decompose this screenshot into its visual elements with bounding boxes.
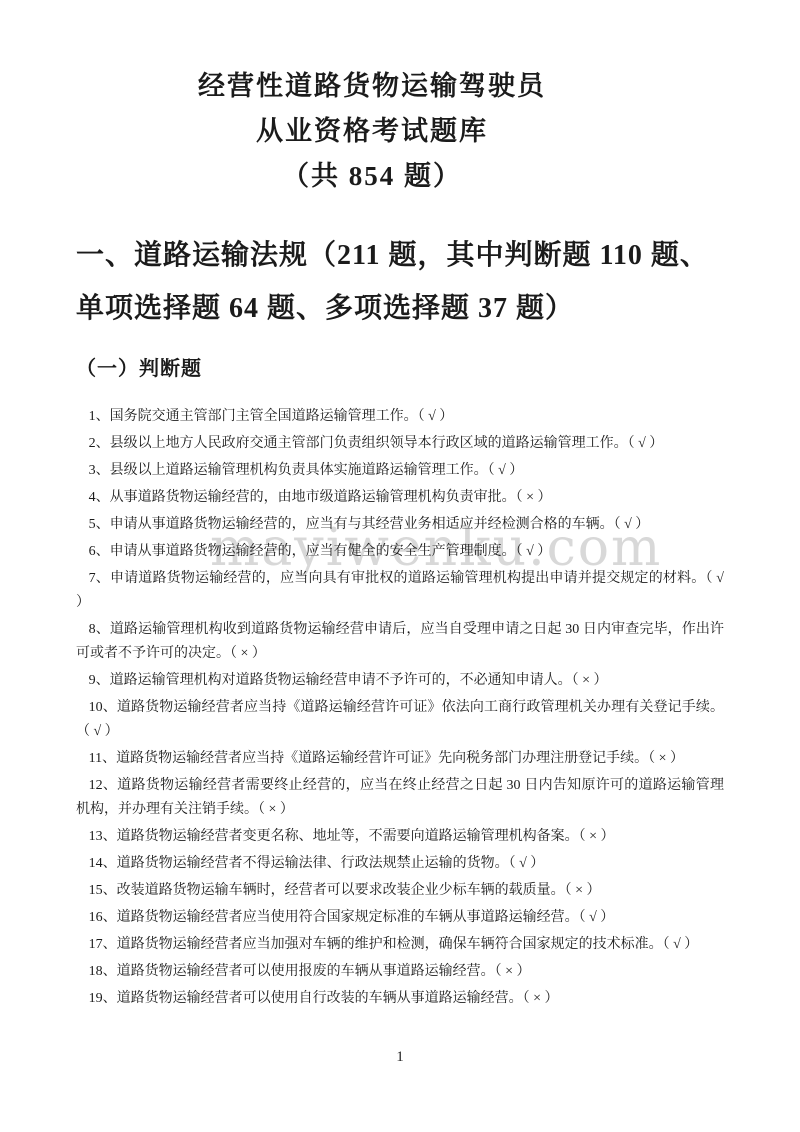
question-item: 7、申请道路货物运输经营的，应当向具有审批权的道路运输管理机构提出申请并提交规定… [76, 567, 724, 615]
title-block: 经营性道路货物运输驾驶员 从业资格考试题库 （共 854 题） [48, 64, 696, 199]
question-item: 15、改装道路货物运输车辆时，经营者可以要求改装企业少标车辆的载质量。（ × ） [76, 879, 724, 903]
question-item: 19、道路货物运输经营者可以使用自行改装的车辆从事道路运输经营。（ × ） [76, 987, 724, 1011]
question-item: 12、道路货物运输经营者需要终止经营的，应当在终止经营之日起 30 日内告知原许… [76, 774, 724, 822]
question-item: 4、从事道路货物运输经营的，由地市级道路运输管理机构负责审批。（ × ） [76, 486, 724, 510]
document-title-line-3: （共 854 题） [48, 154, 696, 199]
question-item: 3、县级以上道路运输管理机构负责具体实施道路运输管理工作。（ √ ） [76, 459, 724, 483]
document-title-line-1: 经营性道路货物运输驾驶员 [48, 64, 696, 109]
question-list: 1、国务院交通主管部门主管全国道路运输管理工作。（ √ ）2、县级以上地方人民政… [76, 405, 724, 1011]
question-item: 13、道路货物运输经营者变更名称、地址等，不需要向道路运输管理机构备案。（ × … [76, 825, 724, 849]
question-item: 9、道路运输管理机构对道路货物运输经营申请不予许可的，不必通知申请人。（ × ） [76, 669, 724, 693]
question-item: 8、道路运输管理机构收到道路货物运输经营申请后，应当自受理申请之日起 30 日内… [76, 618, 724, 666]
question-item: 10、道路货物运输经营者应当持《道路运输经营许可证》依法向工商行政管理机关办理有… [76, 696, 724, 744]
question-item: 11、道路货物运输经营者应当持《道路运输经营许可证》先向税务部门办理注册登记手续… [76, 747, 724, 771]
document-page: 经营性道路货物运输驾驶员 从业资格考试题库 （共 854 题） 一、道路运输法规… [0, 0, 800, 1011]
question-item: 1、国务院交通主管部门主管全国道路运输管理工作。（ √ ） [76, 405, 724, 429]
section-heading: 一、道路运输法规（211 题，其中判断题 110 题、单项选择题 64 题、多项… [76, 229, 724, 335]
question-item: 6、申请从事道路货物运输经营的，应当有健全的安全生产管理制度。（ √ ） [76, 540, 724, 564]
question-item: 16、道路货物运输经营者应当使用符合国家规定标准的车辆从事道路运输经营。（ √ … [76, 906, 724, 930]
subsection-heading: （一）判断题 [76, 355, 724, 383]
question-item: 18、道路货物运输经营者可以使用报废的车辆从事道路运输经营。（ × ） [76, 960, 724, 984]
question-item: 14、道路货物运输经营者不得运输法律、行政法规禁止运输的货物。（ √ ） [76, 852, 724, 876]
question-item: 17、道路货物运输经营者应当加强对车辆的维护和检测，确保车辆符合国家规定的技术标… [76, 933, 724, 957]
question-item: 2、县级以上地方人民政府交通主管部门负责组织领导本行政区域的道路运输管理工作。（… [76, 432, 724, 456]
page-number: 1 [0, 1049, 800, 1066]
document-title-line-2: 从业资格考试题库 [48, 109, 696, 154]
question-item: 5、申请从事道路货物运输经营的，应当有与其经营业务相适应并经检测合格的车辆。（ … [76, 513, 724, 537]
